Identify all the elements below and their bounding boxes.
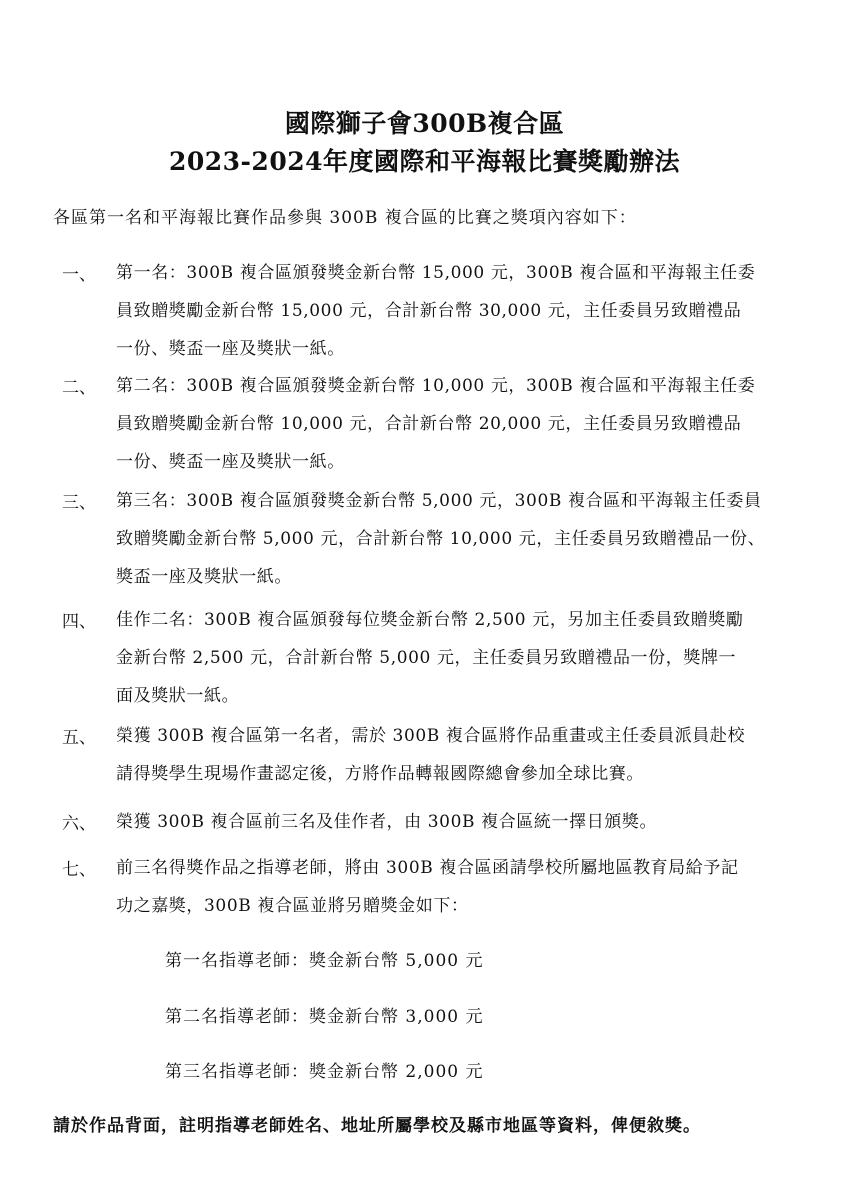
item-line: 員致贈獎勵金新台幣 10,000 元，合計新台幣 20,000 元，主任委員另致… [116,405,802,443]
item-line: 員致贈獎勵金新台幣 15,000 元，合計新台幣 30,000 元，主任委員另致… [116,292,802,330]
teacher-award-third: 第三名指導老師：獎金新台幣 2,000 元 [165,1057,483,1082]
item-number: 三、 [62,488,112,513]
award-item-third: 三、 第三名：300B 複合區頒發獎金新台幣 5,000 元，300B 複合區和… [62,482,802,596]
item-line: 致贈獎勵金新台幣 5,000 元，合計新台幣 10,000 元，主任委員另致贈禮… [116,520,802,558]
item-number: 二、 [62,373,112,398]
award-item-teachers: 七、 前三名得獎作品之指導老師，將由 300B 複合區函請學校所屬地區教育局給予… [62,849,802,925]
item-number: 六、 [62,809,112,834]
item-number: 七、 [62,855,112,880]
document-title-line2: 2023-2024年度國際和平海報比賽獎勵辦法 [0,142,849,178]
item-number: 五、 [62,723,112,748]
footer-note: 請於作品背面，註明指導老師姓名、地址所屬學校及縣市地區等資料，俾便敘獎。 [53,1111,701,1136]
teacher-award-first: 第一名指導老師：獎金新台幣 5,000 元 [165,946,483,971]
item-line: 第三名：300B 複合區頒發獎金新台幣 5,000 元，300B 複合區和平海報… [116,482,802,520]
teacher-award-second: 第二名指導老師：獎金新台幣 3,000 元 [165,1002,483,1027]
item-line: 請得獎學生現場作畫認定後，方將作品轉報國際總會參加全球比賽。 [116,755,802,793]
item-line: 第一名：300B 複合區頒發獎金新台幣 15,000 元，300B 複合區和平海… [116,254,802,292]
item-line: 佳作二名：300B 複合區頒發每位獎金新台幣 2,500 元，另加主任委員致贈獎… [116,601,802,639]
item-line: 榮獲 300B 複合區前三名及佳作者，由 300B 複合區統一擇日頒獎。 [116,803,802,841]
item-line: 獎盃一座及獎狀一紙。 [116,558,802,596]
document-title-line1: 國際獅子會300B複合區 [0,104,849,140]
award-item-rule-redraw: 五、 榮獲 300B 複合區第一名者，需於 300B 複合區將作品重畫或主任委員… [62,717,802,793]
award-item-honorable: 四、 佳作二名：300B 複合區頒發每位獎金新台幣 2,500 元，另加主任委員… [62,601,802,715]
item-line: 金新台幣 2,500 元，合計新台幣 5,000 元，主任委員另致贈禮品一份，獎… [116,639,802,677]
item-number: 四、 [62,607,112,632]
award-item-first: 一、 第一名：300B 複合區頒發獎金新台幣 15,000 元，300B 複合區… [62,254,802,368]
item-line: 功之嘉獎，300B 複合區並將另贈獎金如下： [116,887,802,925]
item-line: 一份、獎盃一座及獎狀一紙。 [116,330,802,368]
item-number: 一、 [62,260,112,285]
intro-paragraph: 各區第一名和平海報比賽作品參與 300B 複合區的比賽之獎項內容如下： [53,203,637,228]
item-line: 面及獎狀一紙。 [116,677,802,715]
award-item-second: 二、 第二名：300B 複合區頒發獎金新台幣 10,000 元，300B 複合區… [62,367,802,481]
award-item-ceremony: 六、 榮獲 300B 複合區前三名及佳作者，由 300B 複合區統一擇日頒獎。 [62,803,802,841]
item-line: 一份、獎盃一座及獎狀一紙。 [116,443,802,481]
item-line: 第二名：300B 複合區頒發獎金新台幣 10,000 元，300B 複合區和平海… [116,367,802,405]
item-line: 榮獲 300B 複合區第一名者，需於 300B 複合區將作品重畫或主任委員派員赴… [116,717,802,755]
item-line: 前三名得獎作品之指導老師，將由 300B 複合區函請學校所屬地區教育局給予記 [116,849,802,887]
